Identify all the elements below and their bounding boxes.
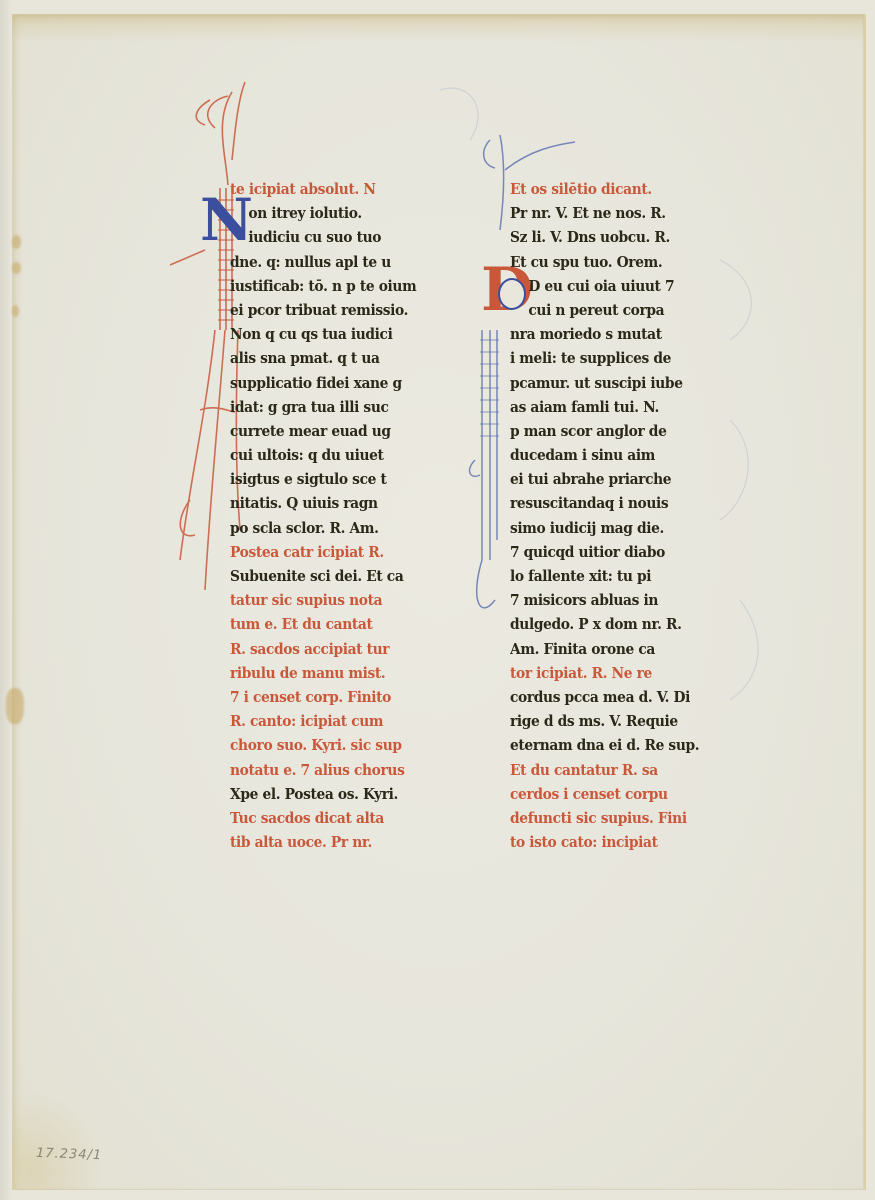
text-line: 7 quicqd uitior diabo [510, 540, 749, 564]
edge-stain [12, 262, 21, 274]
text-line: alis sna pmat. q t ua [230, 346, 469, 370]
text-line: ei tui abrahe priarche [510, 467, 749, 491]
text-line: ei pcor tribuat remissio. [230, 298, 469, 322]
text-line: to isto cato: incipiat [510, 830, 749, 854]
text-line: p man scor anglor de [510, 419, 749, 443]
text-line: ribulu de manu mist. [230, 661, 469, 685]
edge-stain [12, 235, 21, 249]
text-line: Et du cantatur R. sa [510, 758, 749, 782]
text-line: R. sacdos accipiat tur [230, 637, 469, 661]
text-line: tib alta uoce. Pr nr. [230, 830, 469, 854]
text-line: supplicatio fidei xane g [230, 371, 469, 395]
text-line: 7 i censet corp. Finito [230, 685, 469, 709]
text-line: i meli: te supplices de [510, 346, 749, 370]
text-line: Et cu spu tuo. Orem. [510, 250, 749, 274]
accession-number: 17.234/1 [36, 1146, 103, 1163]
text-line: Tuc sacdos dicat alta [230, 806, 469, 830]
text-line: iudiciu cu suo tuo [230, 225, 469, 249]
text-line: on itrey iolutio. [230, 201, 469, 225]
text-line: Et os silētio dicant. [510, 177, 749, 201]
text-line: Postea catr icipiat R. [230, 540, 469, 564]
text-line: cerdos i censet corpu [510, 782, 749, 806]
text-line: D eu cui oia uiuut 7 [510, 274, 749, 298]
text-line: tatur sic supius nota [230, 588, 469, 612]
text-line: iustificab: tō. n p te oium [230, 274, 469, 298]
text-line: defuncti sic supius. Fini [510, 806, 749, 830]
left-text-column: te icipiat absolut. Non itrey iolutio.iu… [230, 177, 490, 854]
text-line: dulgedo. P x dom nr. R. [510, 612, 749, 636]
text-line: pcamur. ut suscipi iube [510, 371, 749, 395]
text-line: Pr nr. V. Et ne nos. R. [510, 201, 749, 225]
text-line: idat: g gra tua illi suc [230, 395, 469, 419]
text-line: te icipiat absolut. N [230, 177, 469, 201]
text-line: resuscitandaq i nouis [510, 491, 749, 515]
text-line: Sz li. V. Dns uobcu. R. [510, 225, 749, 249]
edge-stain [6, 688, 24, 724]
text-line: ducedam i sinu aim [510, 443, 749, 467]
text-line: as aiam famli tui. N. [510, 395, 749, 419]
text-line: Xpe el. Postea os. Kyri. [230, 782, 469, 806]
text-line: eternam dna ei d. Re sup. [510, 733, 749, 757]
top-edge-stain [12, 14, 864, 42]
text-line: cui n pereut corpa [510, 298, 749, 322]
text-line: tum e. Et du cantat [230, 612, 469, 636]
text-line: cui ultois: q du uiuet [230, 443, 469, 467]
text-line: isigtus e sigtulo sce t [230, 467, 469, 491]
right-text-column: Et os silētio dicant.Pr nr. V. Et ne nos… [510, 177, 770, 854]
text-line: po scla sclor. R. Am. [230, 516, 469, 540]
edge-stain [12, 305, 19, 317]
corner-stain [12, 1090, 102, 1190]
text-line: Am. Finita orone ca [510, 637, 749, 661]
text-line: dne. q: nullus apl te u [230, 250, 469, 274]
text-line: Non q cu qs tua iudici [230, 322, 469, 346]
text-line: nitatis. Q uiuis ragn [230, 491, 469, 515]
text-line: tor icipiat. R. Ne re [510, 661, 749, 685]
text-line: currete mear euad ug [230, 419, 469, 443]
text-line: lo fallente xit: tu pi [510, 564, 749, 588]
text-line: choro suo. Kyri. sic sup [230, 733, 469, 757]
text-line: R. canto: icipiat cum [230, 709, 469, 733]
text-line: simo iudicij mag die. [510, 516, 749, 540]
text-line: rige d ds ms. V. Requie [510, 709, 749, 733]
text-line: Subuenite sci dei. Et ca [230, 564, 469, 588]
text-line: notatu e. 7 alius chorus [230, 758, 469, 782]
text-line: 7 misicors abluas in [510, 588, 749, 612]
text-line: cordus pcca mea d. V. Di [510, 685, 749, 709]
text-line: nra moriedo s mutat [510, 322, 749, 346]
